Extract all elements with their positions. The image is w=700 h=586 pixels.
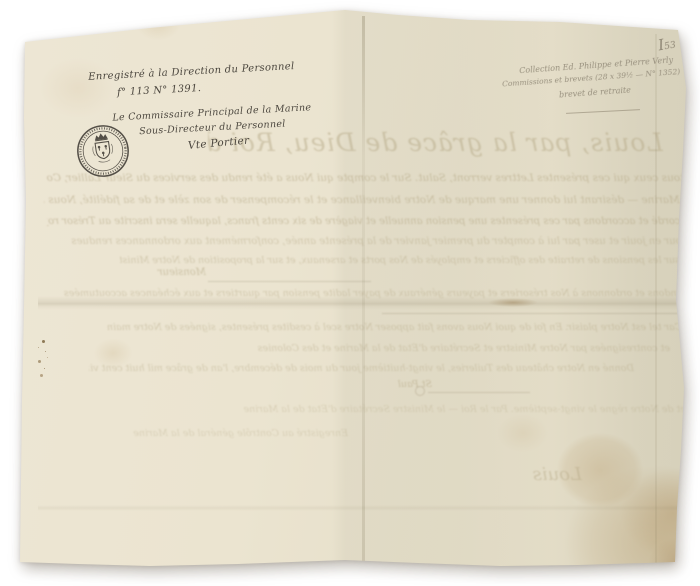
bleed-line: pour en jouir et user par lui à compter … bbox=[50, 236, 688, 247]
bleed-line: Enregistré au Contrôle général de la Mar… bbox=[103, 428, 348, 439]
registration-line-2: f° 113 N° 1391. bbox=[117, 77, 310, 98]
pencil-annotation: Collection Ed. Philippe et Pierre Verly … bbox=[519, 54, 699, 102]
pencil-line-3: brevet de retraite bbox=[559, 81, 699, 100]
royal-coat-of-arms-stamp-icon bbox=[70, 118, 136, 184]
bleed-word: Monsieur bbox=[101, 267, 206, 278]
ink-speckles bbox=[42, 340, 45, 343]
bleed-ruled-line bbox=[428, 392, 530, 393]
fold-stain bbox=[488, 298, 538, 307]
bleed-line: accordé et accordons par ces présentes u… bbox=[47, 216, 692, 227]
bleed-line: et contresignées par Notre Ministre et S… bbox=[70, 343, 670, 354]
bleed-line: de Marine — désirant lui donner une marq… bbox=[44, 194, 696, 206]
bleed-line: Car tel est Notre plaisir. En foi de quo… bbox=[52, 322, 682, 333]
bleed-line: sur les pensions de retraite des officie… bbox=[120, 255, 680, 266]
bleed-line: à tous ceux qui ces présentes Lettres ve… bbox=[46, 172, 694, 184]
bleed-ink-loop bbox=[415, 386, 425, 396]
horizontal-fold-crease-lower bbox=[38, 505, 698, 511]
photo-background: Louis, par la grâce de Dieu, Roi de Fran… bbox=[0, 0, 700, 586]
bleed-royal-signature: Louis bbox=[432, 464, 582, 485]
horizontal-fold-crease bbox=[38, 296, 700, 310]
parchment-sheet: Louis, par la grâce de Dieu, Roi de Fran… bbox=[18, 8, 686, 570]
catalog-mark-number: 53 bbox=[664, 41, 677, 53]
bleed-word: St Paul bbox=[362, 379, 432, 390]
bleed-line: et de Notre règne le vingt-septième. Par… bbox=[51, 404, 686, 415]
catalog-corner-mark: I53 bbox=[656, 33, 676, 55]
parchment-wrapper: Louis, par la grâce de Dieu, Roi de Fran… bbox=[0, 0, 700, 586]
pencil-underline bbox=[566, 109, 640, 114]
bleed-ruled-line bbox=[208, 281, 371, 282]
bleed-ruled-line bbox=[382, 313, 678, 314]
